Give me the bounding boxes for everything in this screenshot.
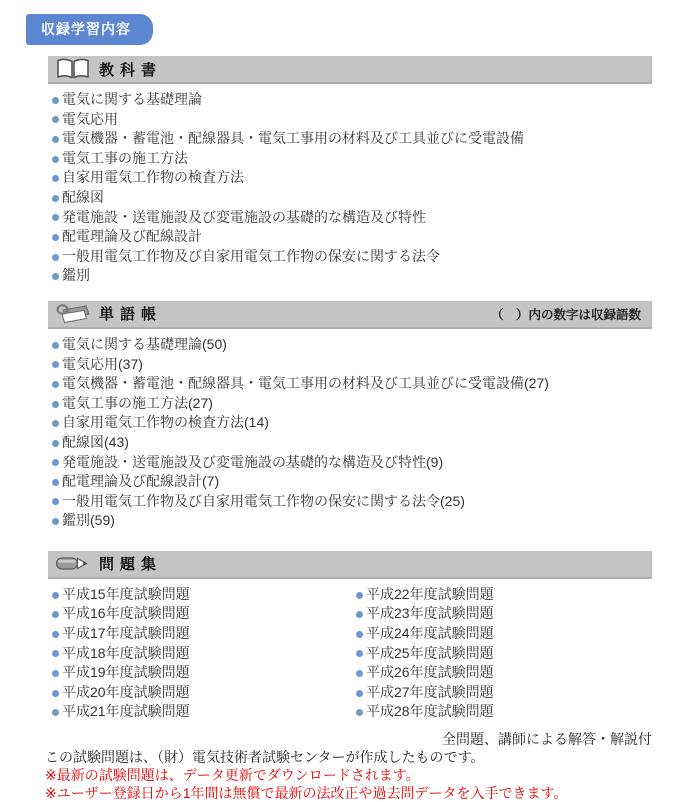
list-item-label: 平成27年度試験問題	[366, 683, 494, 703]
page-title-badge: 収録学習内容	[26, 14, 153, 45]
flashcards-icon	[55, 301, 91, 327]
section-title-textbook: 教科書	[99, 59, 162, 80]
bullet-icon	[52, 459, 59, 466]
list-item-label: 一般用電気工作物及び自家用電気工作物の保安に関する法令(25)	[62, 492, 465, 512]
list-item-label: 電気応用(37)	[62, 355, 143, 375]
list-item-label: 配電理論及び配線設計	[62, 227, 202, 247]
list-item-label: 平成17年度試験問題	[62, 624, 190, 644]
list-item: 平成20年度試験問題	[50, 683, 352, 703]
list-item-label: 配電理論及び配線設計(7)	[62, 472, 219, 492]
bullet-icon	[52, 136, 59, 143]
list-item: 電気機器・蓄電池・配線器具・電気工事用の材料及び工具並びに受電設備	[50, 129, 652, 149]
list-item: 電気機器・蓄電池・配線器具・電気工事用の材料及び工具並びに受電設備(27)	[50, 374, 652, 394]
main-content: 教科書 電気に関する基礎理論電気応用電気機器・蓄電池・配線器具・電気工事用の材料…	[48, 56, 652, 802]
list-item: 自家用電気工作物の検査方法	[50, 168, 652, 188]
bullet-icon	[356, 611, 363, 618]
bullet-icon	[52, 420, 59, 427]
list-item-label: 平成22年度試験問題	[366, 585, 494, 605]
list-item-label: 発電施設・送電施設及び変電施設の基礎的な構造及び特性(9)	[62, 453, 443, 473]
list-item: 電気応用(37)	[50, 355, 652, 375]
vocabulary-count-note: （ ）内の数字は収録語数	[491, 305, 641, 323]
list-item: 電気に関する基礎理論(50)	[50, 335, 652, 355]
list-item-label: 平成20年度試験問題	[62, 683, 190, 703]
bullet-icon	[52, 195, 59, 202]
bullet-icon	[52, 116, 59, 123]
list-item: 自家用電気工作物の検査方法(14)	[50, 413, 652, 433]
list-item-label: 電気機器・蓄電池・配線器具・電気工事用の材料及び工具並びに受電設備	[62, 129, 524, 149]
bullet-icon	[52, 234, 59, 241]
registration-note: ※ユーザー登録日から1年間は無償で最新の法改正や過去問データを入手できます。	[45, 784, 652, 802]
list-item: 平成16年度試験問題	[50, 604, 352, 624]
list-item-label: 平成26年度試験問題	[366, 663, 494, 683]
list-item: 発電施設・送電施設及び変電施設の基礎的な構造及び特性(9)	[50, 453, 652, 473]
bullet-icon	[356, 592, 363, 599]
list-item-label: 自家用電気工作物の検査方法	[62, 168, 244, 188]
list-item-label: 電気工事の施工方法(27)	[62, 394, 213, 414]
list-item: 平成15年度試験問題	[50, 585, 352, 605]
problems-list-right: 平成22年度試験問題平成23年度試験問題平成24年度試験問題平成25年度試験問題…	[354, 585, 494, 722]
textbook-list: 電気に関する基礎理論電気応用電気機器・蓄電池・配線器具・電気工事用の材料及び工具…	[50, 90, 652, 286]
section-header-problems: 問題集	[48, 551, 652, 579]
bullet-icon	[356, 709, 363, 716]
list-item: 平成25年度試験問題	[354, 644, 494, 664]
list-item-label: 平成25年度試験問題	[366, 644, 494, 664]
bullet-icon	[52, 97, 59, 104]
list-item: 鑑別(59)	[50, 511, 652, 531]
bullet-icon	[356, 650, 363, 657]
list-item: 平成28年度試験問題	[354, 702, 494, 722]
bullet-icon	[52, 342, 59, 349]
list-item-label: 鑑別(59)	[62, 511, 115, 531]
list-item: 電気応用	[50, 110, 652, 130]
list-item-label: 配線図(43)	[62, 433, 129, 453]
list-item-label: 鑑別	[62, 266, 90, 286]
section-header-textbook: 教科書	[48, 56, 652, 84]
list-item-label: 発電施設・送電施設及び変電施設の基礎的な構造及び特性	[62, 208, 426, 228]
open-book-icon	[55, 57, 91, 81]
list-item: 電気に関する基礎理論	[50, 90, 652, 110]
bullet-icon	[52, 156, 59, 163]
section-header-vocabulary: 単語帳 （ ）内の数字は収録語数	[48, 301, 652, 329]
bullet-icon	[356, 631, 363, 638]
bullet-icon	[52, 611, 59, 618]
list-item: 平成22年度試験問題	[354, 585, 494, 605]
all-problems-note: 全問題、講師による解答・解説付	[48, 730, 652, 748]
bullet-icon	[52, 440, 59, 447]
list-item-label: 平成23年度試験問題	[366, 604, 494, 624]
bullet-icon	[52, 361, 59, 368]
bullet-icon	[52, 498, 59, 505]
bullet-icon	[52, 592, 59, 599]
list-item: 一般用電気工作物及び自家用電気工作物の保安に関する法令(25)	[50, 492, 652, 512]
list-item-label: 電気に関する基礎理論(50)	[62, 335, 227, 355]
bullet-icon	[52, 401, 59, 408]
list-item: 一般用電気工作物及び自家用電気工作物の保安に関する法令	[50, 247, 652, 267]
list-item: 平成17年度試験問題	[50, 624, 352, 644]
list-item: 配線図	[50, 188, 652, 208]
list-item: 平成26年度試験問題	[354, 663, 494, 683]
list-item-label: 自家用電気工作物の検査方法(14)	[62, 413, 269, 433]
list-item-label: 平成21年度試験問題	[62, 702, 190, 722]
problems-columns: 平成15年度試験問題平成16年度試験問題平成17年度試験問題平成18年度試験問題…	[48, 585, 652, 722]
bullet-icon	[52, 175, 59, 182]
pencil-icon	[55, 555, 91, 573]
source-note: この試験問題は、（財）電気技術者試験センターが作成したものです。	[45, 748, 652, 766]
bullet-icon	[52, 254, 59, 261]
list-item: 配電理論及び配線設計(7)	[50, 472, 652, 492]
list-item: 平成19年度試験問題	[50, 663, 352, 683]
list-item-label: 電気工事の施工方法	[62, 149, 188, 169]
problems-list-left: 平成15年度試験問題平成16年度試験問題平成17年度試験問題平成18年度試験問題…	[50, 585, 352, 722]
bullet-icon	[52, 709, 59, 716]
bullet-icon	[52, 650, 59, 657]
bullet-icon	[52, 479, 59, 486]
list-item: 鑑別	[50, 266, 652, 286]
bullet-icon	[356, 670, 363, 677]
vocabulary-list: 電気に関する基礎理論(50)電気応用(37)電気機器・蓄電池・配線器具・電気工事…	[50, 335, 652, 531]
list-item-label: 平成24年度試験問題	[366, 624, 494, 644]
list-item-label: 平成19年度試験問題	[62, 663, 190, 683]
list-item: 平成21年度試験問題	[50, 702, 352, 722]
bullet-icon	[52, 670, 59, 677]
list-item: 配電理論及び配線設計	[50, 227, 652, 247]
list-item-label: 平成18年度試験問題	[62, 644, 190, 664]
bullet-icon	[52, 631, 59, 638]
bullet-icon	[52, 690, 59, 697]
list-item-label: 平成16年度試験問題	[62, 604, 190, 624]
list-item-label: 平成15年度試験問題	[62, 585, 190, 605]
bullet-icon	[52, 273, 59, 280]
list-item-label: 電気応用	[62, 110, 118, 130]
list-item-label: 平成28年度試験問題	[366, 702, 494, 722]
list-item-label: 電気機器・蓄電池・配線器具・電気工事用の材料及び工具並びに受電設備(27)	[62, 374, 549, 394]
update-note: ※最新の試験問題は、データ更新でダウンロードされます。	[45, 766, 652, 784]
list-item: 電気工事の施工方法	[50, 149, 652, 169]
list-item-label: 配線図	[62, 188, 104, 208]
list-item: 電気工事の施工方法(27)	[50, 394, 652, 414]
list-item: 発電施設・送電施設及び変電施設の基礎的な構造及び特性	[50, 208, 652, 228]
bullet-icon	[356, 690, 363, 697]
list-item-label: 一般用電気工作物及び自家用電気工作物の保安に関する法令	[62, 247, 440, 267]
list-item-label: 電気に関する基礎理論	[62, 90, 202, 110]
section-title-vocabulary: 単語帳	[99, 303, 162, 324]
list-item: 平成18年度試験問題	[50, 644, 352, 664]
bullet-icon	[52, 214, 59, 221]
bullet-icon	[52, 518, 59, 525]
list-item: 平成24年度試験問題	[354, 624, 494, 644]
section-title-problems: 問題集	[99, 553, 162, 574]
bullet-icon	[52, 381, 59, 388]
list-item: 平成23年度試験問題	[354, 604, 494, 624]
list-item: 配線図(43)	[50, 433, 652, 453]
list-item: 平成27年度試験問題	[354, 683, 494, 703]
